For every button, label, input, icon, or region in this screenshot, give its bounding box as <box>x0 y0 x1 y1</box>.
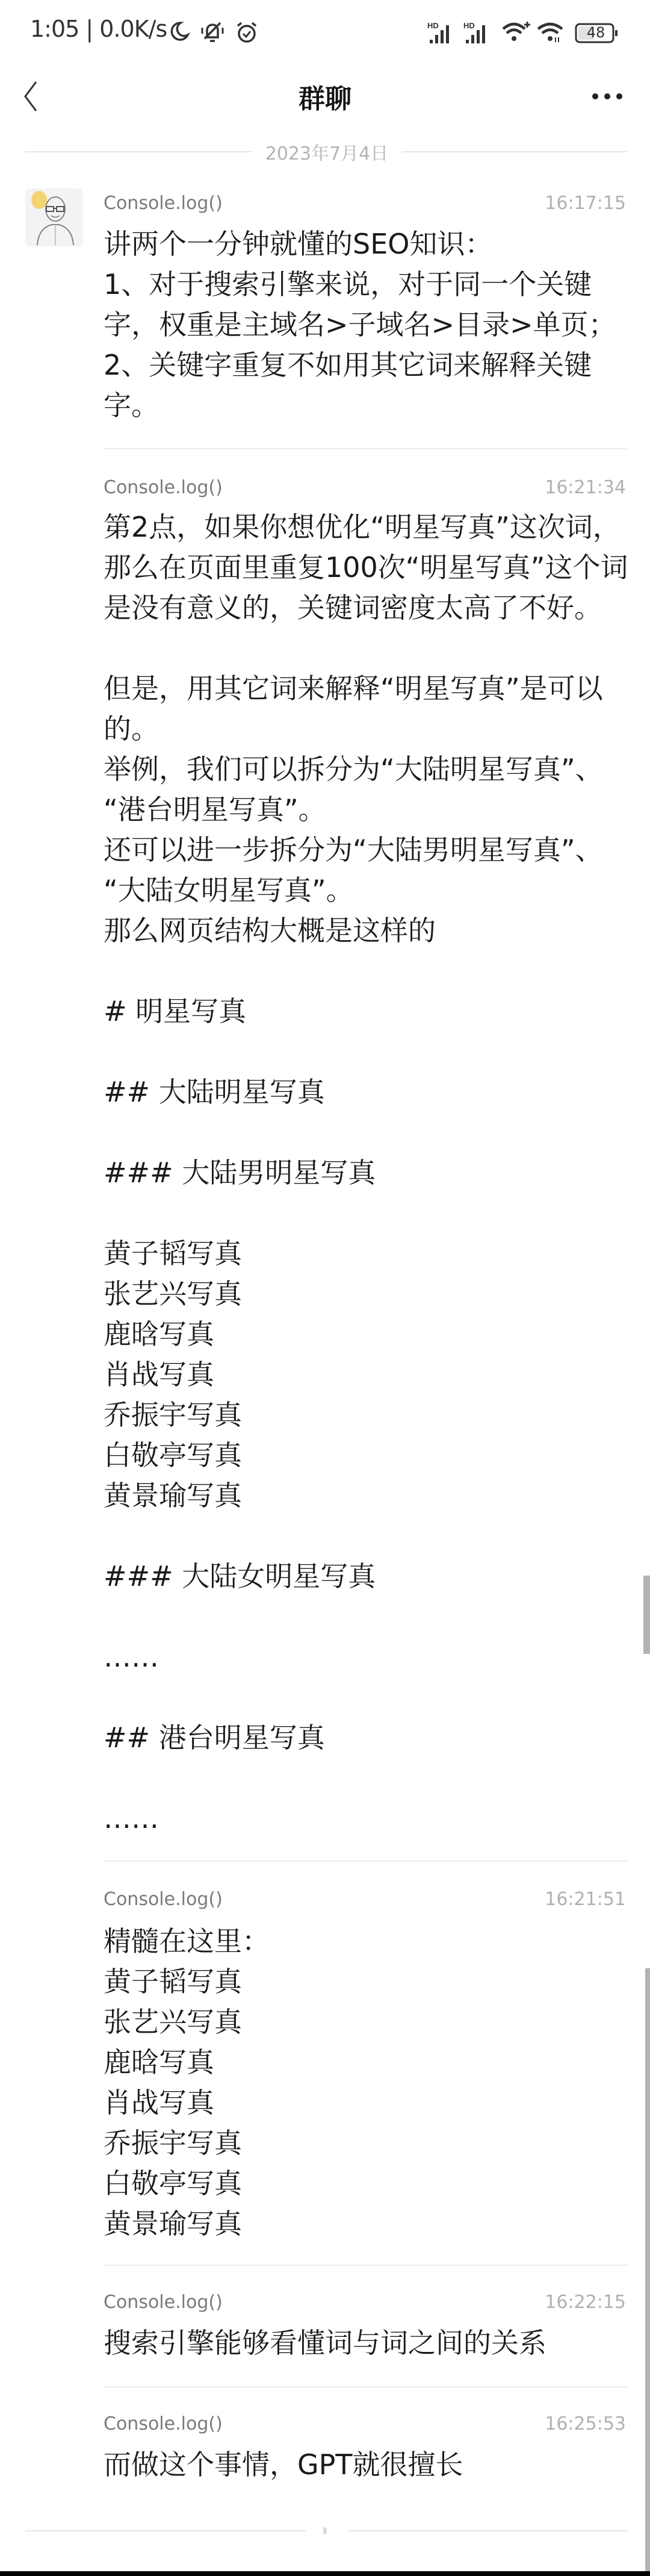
date-divider: 2023年7月4日 <box>259 139 395 165</box>
message-text-line: 是没有意义的，关键词密度太高了不好。 <box>104 591 602 625</box>
moon-icon <box>169 20 190 45</box>
page-title: 群聊 <box>0 77 650 116</box>
message-text-line: 搜索引擎能够看懂词与词之间的关系 <box>104 2326 546 2360</box>
message-text-line: 第2点，如果你想优化“明星写真”这次词， <box>104 510 621 544</box>
message-text-line: 举例，我们可以拆分为“大陆明星写真”、 <box>104 752 603 786</box>
status-time-speed: 1:05 | 0.0K/s <box>30 16 167 42</box>
message-text-line: 黄子韬写真 <box>104 1965 242 1998</box>
bottom-separator-left <box>25 2530 306 2531</box>
message-time: 16:21:51 <box>545 1889 626 1910</box>
message-text-line: 乔振宇写真 <box>104 1398 242 1432</box>
message-text-line: 1、对于搜索引擎来说，对于同一个关键 <box>104 267 592 301</box>
message-text-line: 2、关键字重复不如用其它词来解释关键 <box>104 348 592 382</box>
message-text-line: 黄子韬写真 <box>104 1237 242 1270</box>
message-text-line: # 明星写真 <box>104 994 246 1028</box>
signal-hd-icon-2: HD <box>463 20 495 47</box>
signal-hd-icon: HD <box>427 20 459 47</box>
system-nav-bar <box>0 2571 650 2576</box>
message-text-line: ## 大陆明星写真 <box>104 1075 325 1109</box>
message-text-line: 字，权重是主域名>子域名>目录>单页； <box>104 308 616 341</box>
message-text-line: “港台明星写真”。 <box>104 793 326 826</box>
sender-name[interactable]: Console.log() <box>104 2292 223 2313</box>
message-text-line: 还可以进一步拆分为“大陆男明星写真”、 <box>104 833 603 867</box>
more-dots-icon <box>587 84 629 108</box>
message-text-line: 肖战写真 <box>104 1358 214 1391</box>
sender-name[interactable]: Console.log() <box>104 477 223 498</box>
message-text-line: “大陆女明星写真”。 <box>104 873 354 907</box>
sender-name[interactable]: Console.log() <box>104 193 223 214</box>
message-time: 16:22:15 <box>545 2292 626 2313</box>
date-divider-line-right <box>402 151 627 152</box>
message-text-line: 而做这个事情，GPT就很擅长 <box>104 2448 463 2481</box>
message-text-line: 张艺兴写真 <box>104 1277 242 1311</box>
bottom-separator-right <box>348 2530 627 2531</box>
date-divider-line-left <box>25 151 252 152</box>
message-text-line: 鹿晗写真 <box>104 2045 214 2079</box>
message-divider <box>104 2386 627 2387</box>
message-text-line: 但是，用其它词来解释“明星写真”是可以 <box>104 672 603 705</box>
message-text-line: 那么网页结构大概是这样的 <box>104 914 436 947</box>
message-time: 16:25:53 <box>545 2413 626 2434</box>
message-text-line: ### 大陆男明星写真 <box>104 1156 376 1190</box>
scrollbar-thumb-2[interactable] <box>645 1968 650 2571</box>
message-text-line: 的。 <box>104 712 159 746</box>
message-divider <box>104 2265 627 2266</box>
scrollbar-thumb[interactable] <box>643 1576 650 1654</box>
message-text-line: …… <box>104 1801 159 1835</box>
message-text-line: …… <box>104 1640 159 1674</box>
message-text-line: 那么在页面里重复100次“明星写真”这个词 <box>104 550 628 584</box>
alarm-icon <box>235 20 259 47</box>
bell-muted-icon <box>200 20 225 46</box>
avatar-badge-icon <box>31 191 47 209</box>
svg-text:HD: HD <box>463 21 475 30</box>
message-time: 16:17:15 <box>545 193 626 214</box>
message-divider <box>104 1860 627 1862</box>
sender-name[interactable]: Console.log() <box>104 1889 223 1910</box>
more-options-button[interactable] <box>587 84 629 108</box>
message-text-line: ## 港台明星写真 <box>104 1721 325 1754</box>
message-text-line: ### 大陆女明星写真 <box>104 1559 376 1593</box>
message-text-line: 精髓在这里： <box>104 1924 270 1958</box>
message-text-line: 乔振宇写真 <box>104 2126 242 2160</box>
message-text-line: 讲两个一分钟就懂的SEO知识： <box>104 227 492 261</box>
svg-text:HD: HD <box>427 21 439 30</box>
message-text-line: 肖战写真 <box>104 2086 214 2119</box>
loading-indicator <box>323 2527 327 2534</box>
message-text-line: 字。 <box>104 388 159 422</box>
message-text-line: 张艺兴写真 <box>104 2005 242 2039</box>
battery-level: 48 <box>579 24 613 41</box>
wifi-plus-icon <box>501 20 532 47</box>
sender-name[interactable]: Console.log() <box>104 2413 223 2434</box>
message-time: 16:21:34 <box>545 477 626 498</box>
message-text-line: 白敬亭写真 <box>104 2166 242 2200</box>
message-text-line: 白敬亭写真 <box>104 1438 242 1472</box>
message-text-line: 黄景瑜写真 <box>104 1479 242 1512</box>
message-text-line: 鹿晗写真 <box>104 1317 214 1351</box>
wifi-icon <box>536 20 567 47</box>
message-divider <box>104 448 627 449</box>
message-text-line: 黄景瑜写真 <box>104 2207 242 2241</box>
